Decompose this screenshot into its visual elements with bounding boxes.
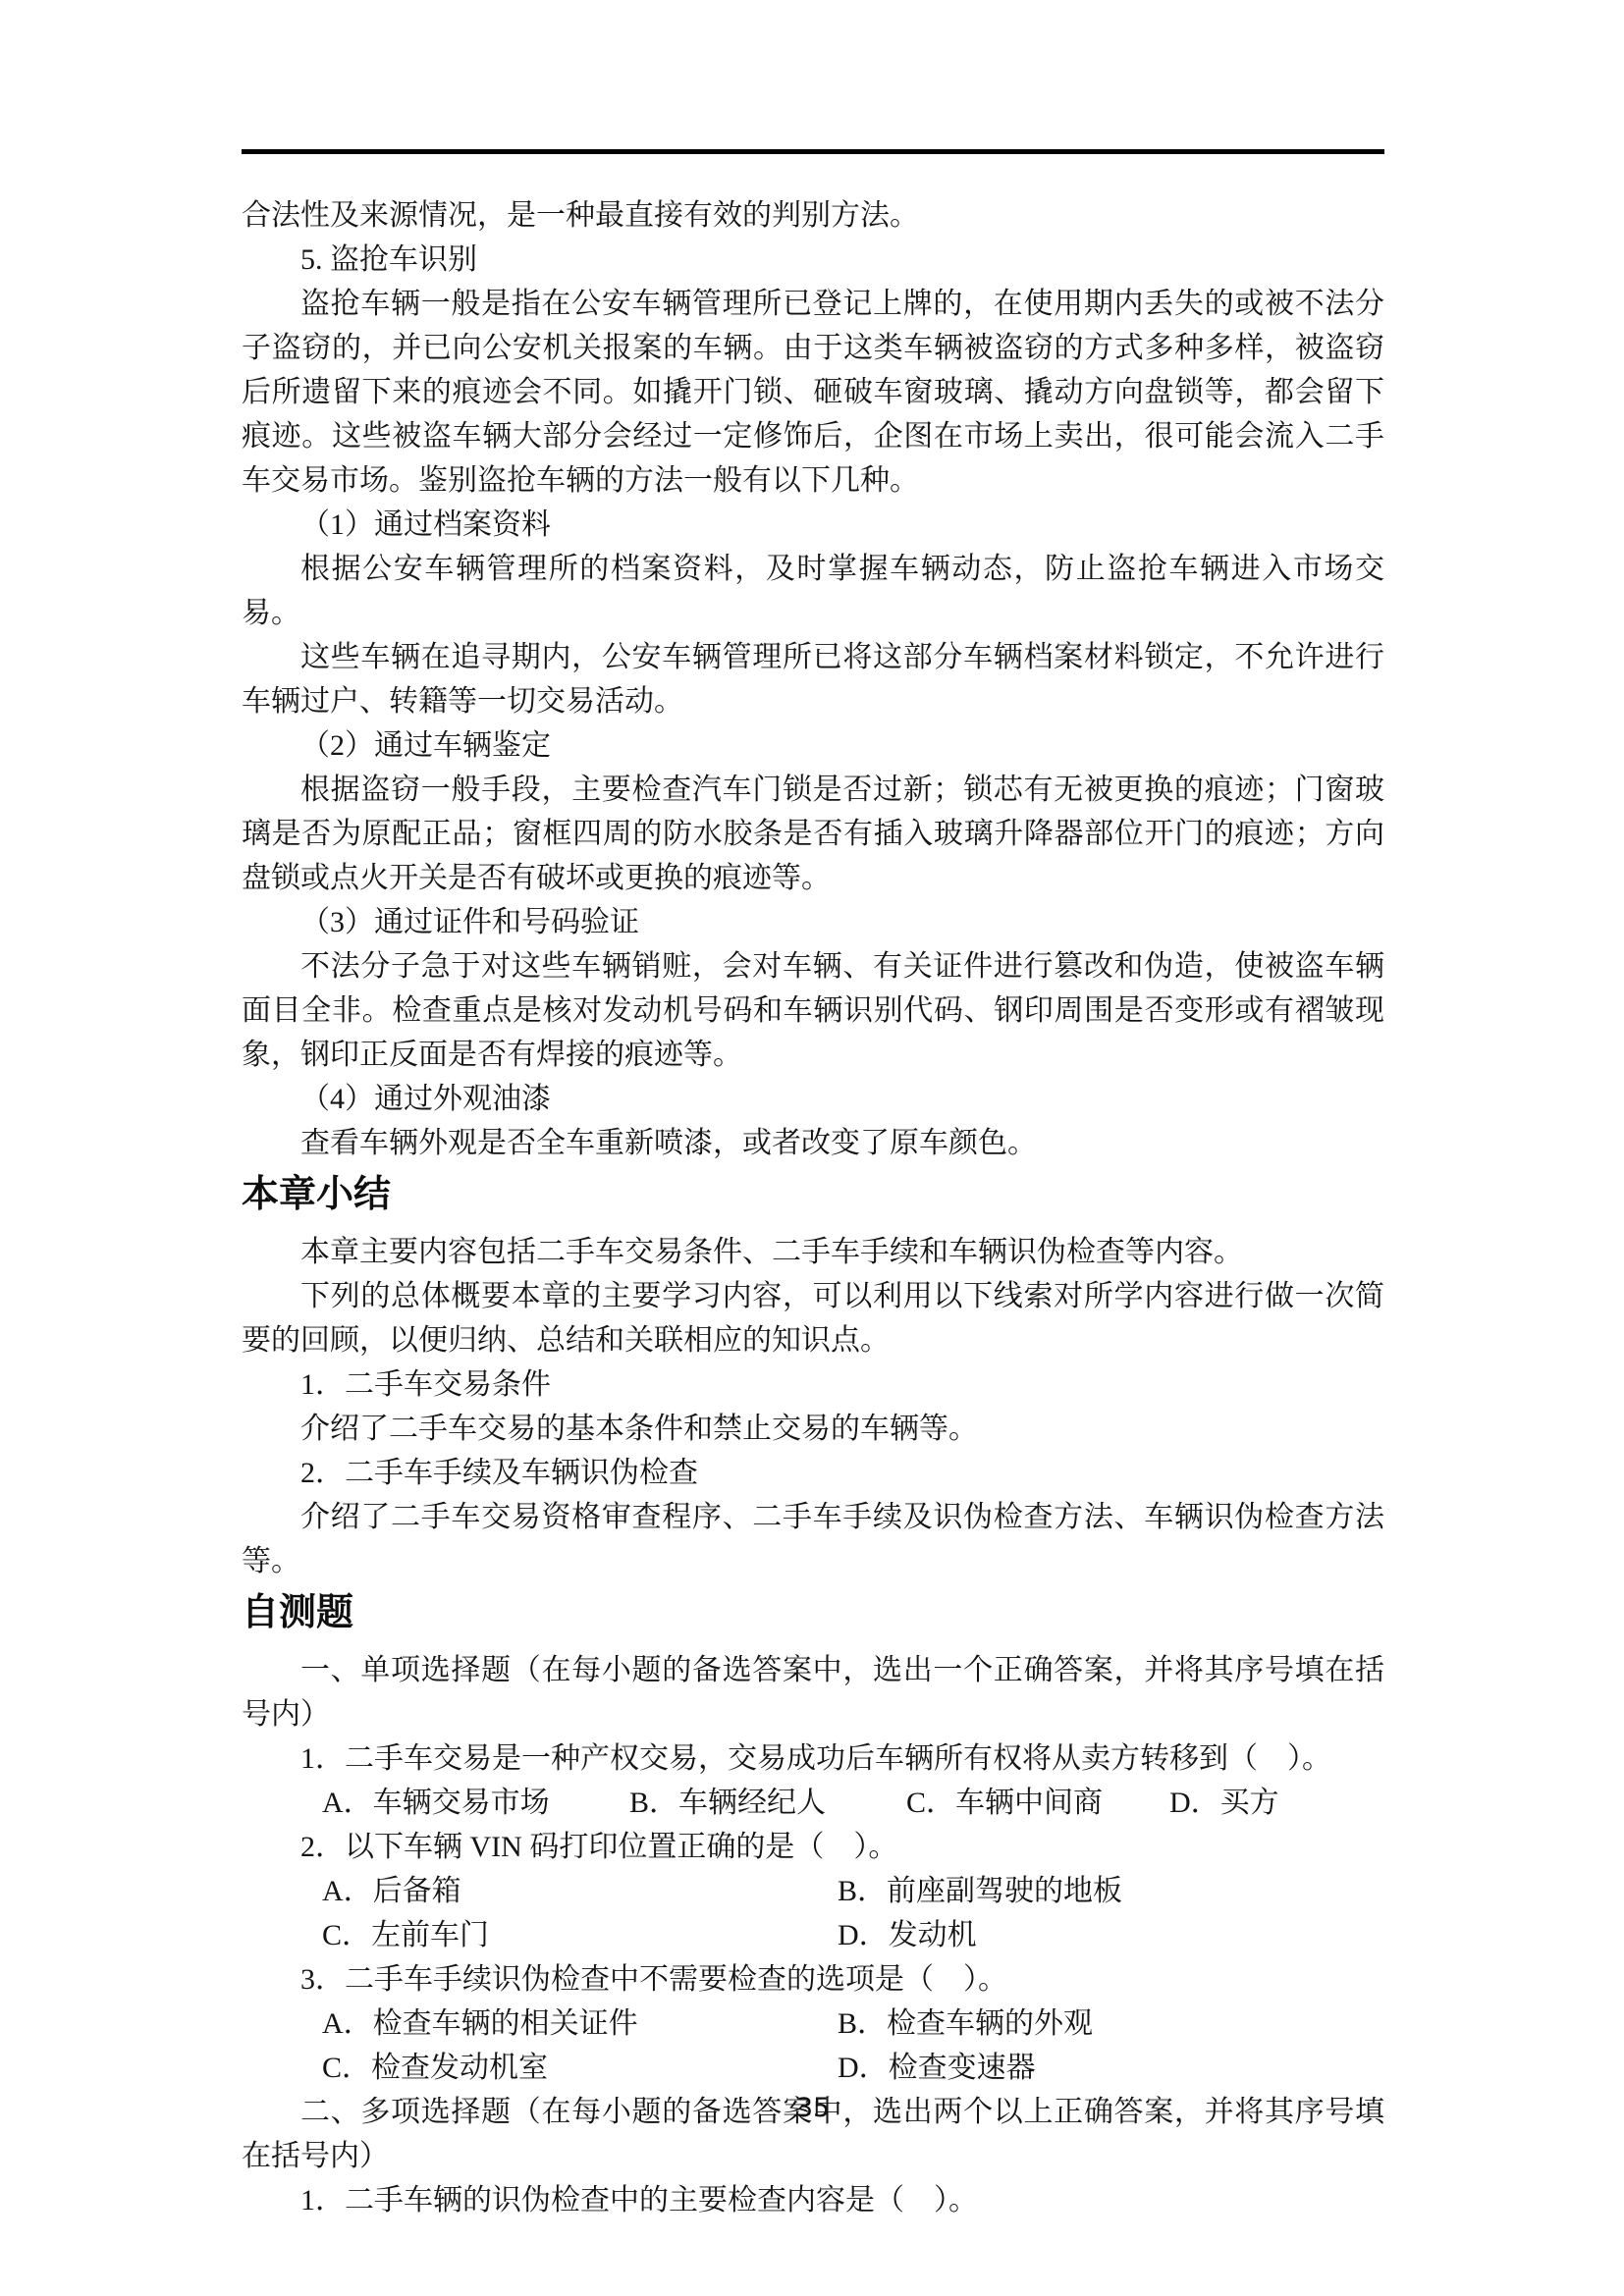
question-1-stem: 1．二手车交易是一种产权交易，交易成功后车辆所有权将从卖方转移到（ ）。 [242, 1736, 1384, 1781]
method-1-heading: （1）通过档案资料 [242, 503, 1384, 547]
question-2-stem: 2．以下车辆 VIN 码打印位置正确的是（ ）。 [242, 1825, 1384, 1869]
question-2-option-d: D．发动机 [838, 1913, 977, 1957]
page-body: 合法性及来源情况，是一种最直接有效的判别方法。 5. 盗抢车识别 盗抢车辆一般是… [242, 193, 1384, 2222]
method-1-paragraph-1: 根据公安车辆管理所的档案资料，及时掌握车辆动态，防止盗抢车辆进入市场交易。 [242, 547, 1384, 635]
method-3-paragraph-1: 不法分子急于对这些车辆销赃，会对车辆、有关证件进行篡改和伪造，使被盗车辆面目全非… [242, 944, 1384, 1077]
question-1-option-b: B．车辆经纪人 [629, 1781, 906, 1825]
self-test-title: 自测题 [242, 1587, 1384, 1638]
summary-point-2-desc: 介绍了二手车交易资格审查程序、二手车手续及识伪检查方法、车辆识伪检查方法等。 [242, 1495, 1384, 1583]
method-3-heading: （3）通过证件和号码验证 [242, 900, 1384, 944]
question-1-option-c: C．车辆中间商 [906, 1781, 1169, 1825]
question-2-option-b: B．前座副驾驶的地板 [838, 1869, 1122, 1913]
question-3-options-row-1: A．检查车辆的相关证件 B．检查车辆的外观 [242, 2002, 1384, 2046]
summary-paragraph-2: 下列的总体概要本章的主要学习内容，可以利用以下线索对所学内容进行做一次简要的回顾… [242, 1274, 1384, 1362]
section5-heading: 5. 盗抢车识别 [242, 238, 1384, 282]
method-2-paragraph-1: 根据盗窃一般手段，主要检查汽车门锁是否过新；锁芯有无被更换的痕迹；门窗玻璃是否为… [242, 768, 1384, 900]
question-2-option-a: A．后备箱 [322, 1869, 838, 1913]
document-page: 合法性及来源情况，是一种最直接有效的判别方法。 5. 盗抢车识别 盗抢车辆一般是… [0, 0, 1624, 2296]
chapter-summary-title: 本章小结 [242, 1169, 1384, 1220]
header-rule [242, 149, 1384, 154]
summary-point-1-desc: 介绍了二手车交易的基本条件和禁止交易的车辆等。 [242, 1407, 1384, 1451]
question-1-options-row: A．车辆交易市场 B．车辆经纪人 C．车辆中间商 D．买方 [242, 1781, 1384, 1825]
question-3-option-d: D．检查变速器 [838, 2046, 1036, 2090]
method-4-heading: （4）通过外观油漆 [242, 1077, 1384, 1121]
summary-paragraph-1: 本章主要内容包括二手车交易条件、二手车手续和车辆识伪检查等内容。 [242, 1230, 1384, 1274]
section5-intro-paragraph: 盗抢车辆一般是指在公安车辆管理所已登记上牌的，在使用期内丢失的或被不法分子盗窃的… [242, 282, 1384, 503]
single-choice-section-header: 一、单项选择题（在每小题的备选答案中，选出一个正确答案，并将其序号填在括号内） [242, 1648, 1384, 1736]
summary-point-1-heading: 1．二手车交易条件 [242, 1362, 1384, 1407]
question-2-options-row-2: C．左前车门 D．发动机 [242, 1913, 1384, 1957]
question-3-option-a: A．检查车辆的相关证件 [322, 2002, 838, 2046]
question-1-option-d: D．买方 [1169, 1781, 1279, 1825]
method-1-paragraph-2: 这些车辆在追寻期内，公安车辆管理所已将这部分车辆档案材料锁定，不允许进行车辆过户… [242, 635, 1384, 723]
multi-question-1-stem: 1．二手车辆的识伪检查中的主要检查内容是（ ）。 [242, 2178, 1384, 2222]
paragraph-intro-tail: 合法性及来源情况，是一种最直接有效的判别方法。 [242, 193, 1384, 238]
question-3-stem: 3．二手车手续识伪检查中不需要检查的选项是（ ）。 [242, 1957, 1384, 2002]
question-3-options-row-2: C．检查发动机室 D．检查变速器 [242, 2046, 1384, 2090]
method-4-paragraph-1: 查看车辆外观是否全车重新喷漆，或者改变了原车颜色。 [242, 1121, 1384, 1165]
question-1-option-a: A．车辆交易市场 [322, 1781, 629, 1825]
page-number: 35 [242, 2093, 1384, 2123]
question-2-option-c: C．左前车门 [322, 1913, 838, 1957]
method-2-heading: （2）通过车辆鉴定 [242, 723, 1384, 768]
question-2-options-row-1: A．后备箱 B．前座副驾驶的地板 [242, 1869, 1384, 1913]
question-3-option-c: C．检查发动机室 [322, 2046, 838, 2090]
question-3-option-b: B．检查车辆的外观 [838, 2002, 1093, 2046]
summary-point-2-heading: 2．二手车手续及车辆识伪检查 [242, 1451, 1384, 1495]
